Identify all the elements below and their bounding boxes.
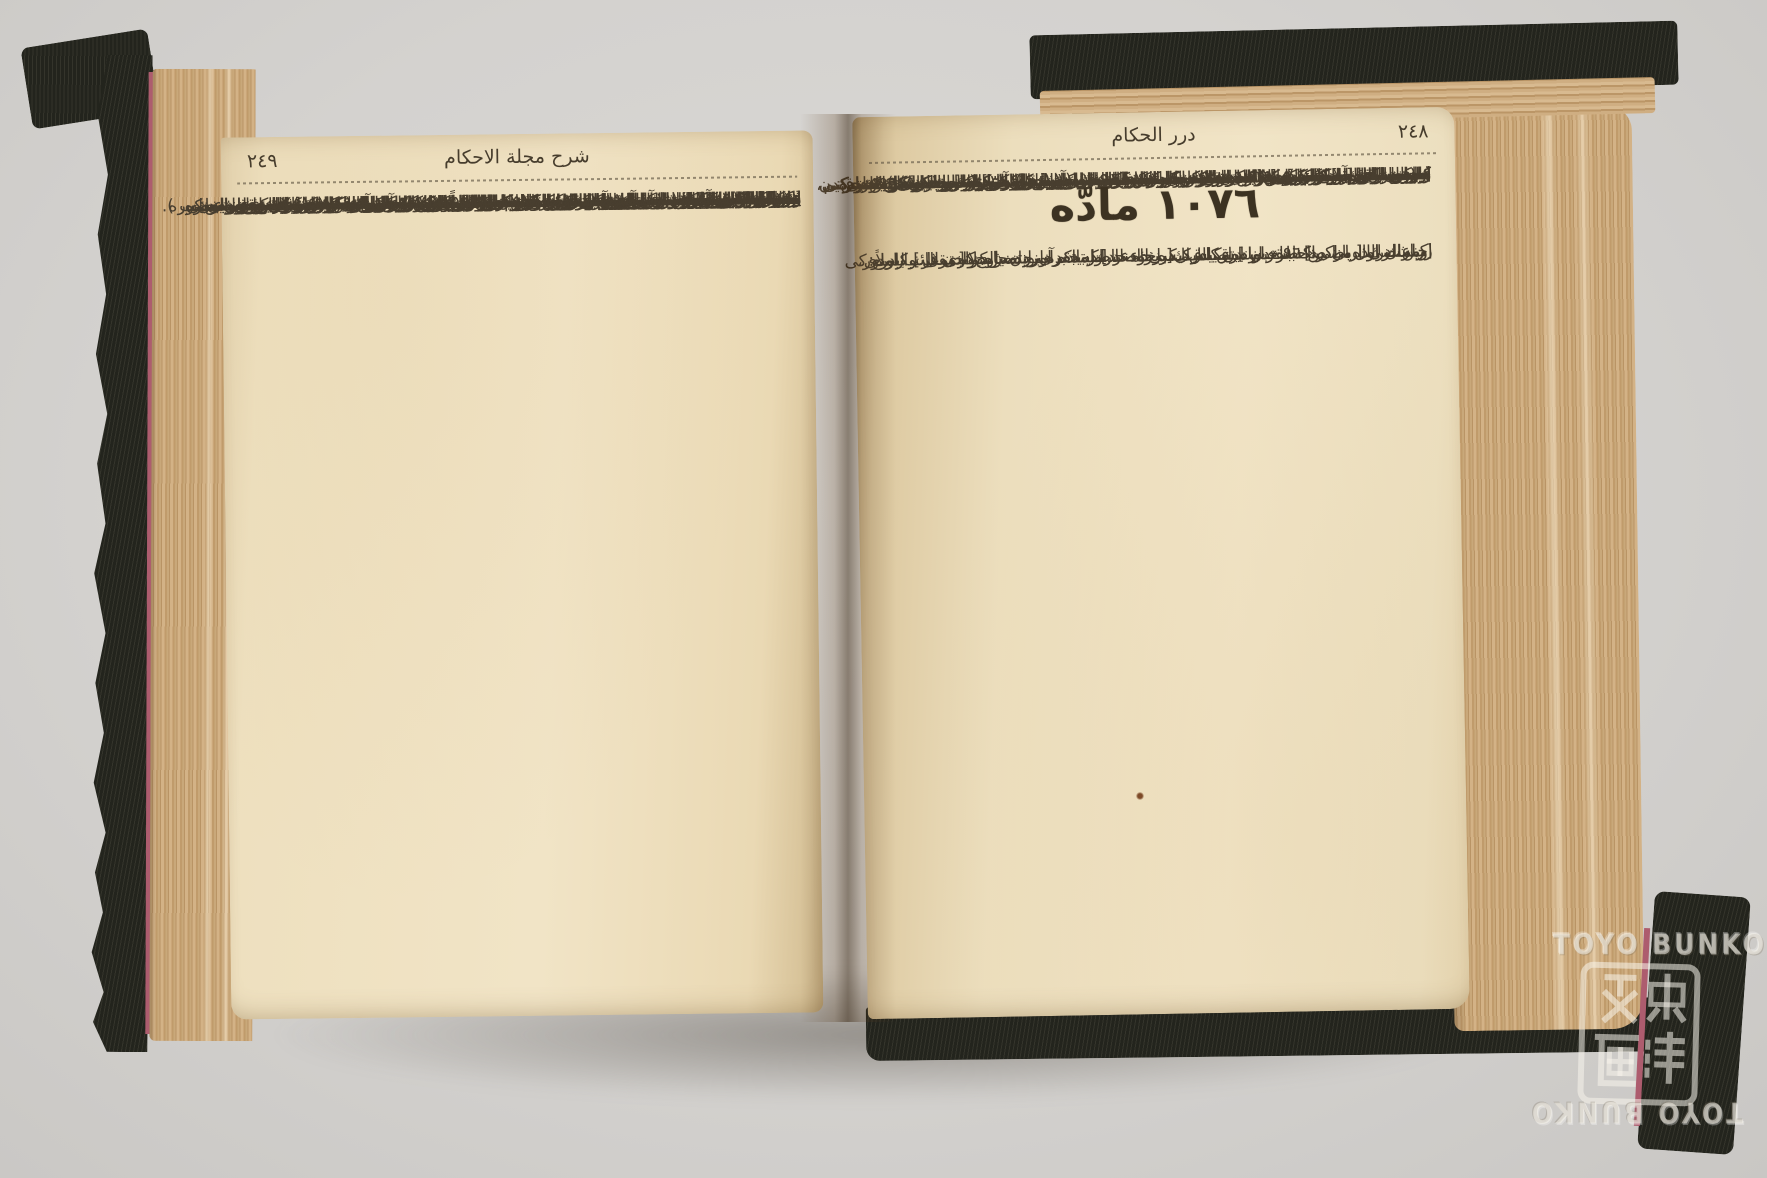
text-line: اكين ادراك يا ادراكه تقرب ايتمكله ديكرين…: [844, 236, 1433, 276]
left-page-body: ر حصه ] ياخود اجرت [ آلمغه صـلاحيتى يوقد…: [251, 185, 801, 192]
book-cover-left-edge: [89, 55, 152, 1052]
right-page-title: درر الحكام: [872, 119, 1434, 151]
left-page: ٢٤٩ شرح مجلة الاحكام ر حصه ] ياخود اجرت …: [221, 130, 824, 1019]
left-page-title: شرح مجلة الاحكام: [241, 143, 793, 172]
photo-scene: ٢٤٩ شرح مجلة الاحكام ر حصه ] ياخود اجرت …: [0, 0, 1767, 1178]
page-stack-fore-edge-right: [1442, 105, 1645, 1032]
article-1076-heading: ١٠٧٦ مادّه: [893, 171, 1416, 240]
foxing-spot: [1136, 792, 1144, 800]
right-page: ٢٤٨ درر الحكام زيرا هر دائم استيذان ايتم…: [852, 107, 1470, 1019]
left-page-header: ٢٤٩ شرح مجلة الاحكام: [241, 143, 793, 180]
text-line: ضمانى لازم كلور ( ردمختار ) .: [588, 185, 801, 216]
book-cover-right-edge: [1637, 891, 1751, 1155]
